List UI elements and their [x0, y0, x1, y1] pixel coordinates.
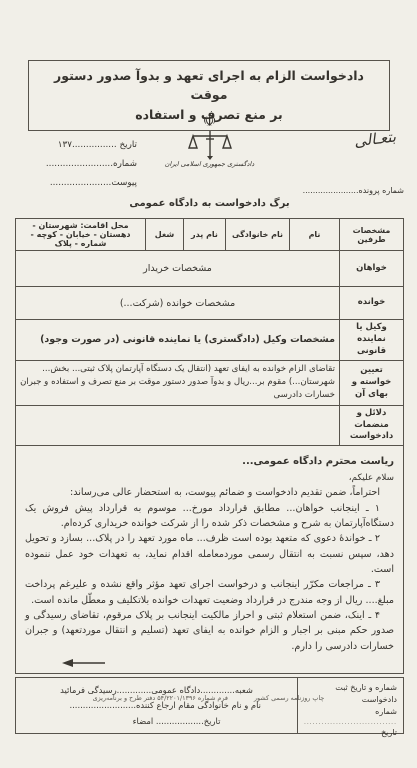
header-father-name: نام پدر: [184, 219, 226, 251]
footer-registration-box: شماره و تاریخ ثبت دادخواست شماره .......…: [297, 678, 403, 733]
left-arrow-icon: [61, 658, 107, 668]
registration-date-label: تاریخ: [304, 727, 397, 739]
footer-section: شماره و تاریخ ثبت دادخواست شماره .......…: [15, 677, 404, 734]
attorney-row: وکیل یا نماینده قانونی مشخصات وکیل (دادگ…: [16, 320, 404, 361]
petition-body: ریاست محترم دادگاه عمومی... سلام علیکم، …: [15, 446, 404, 674]
form-header: بتعـالی شماره پرونده....................…: [15, 118, 404, 216]
defendant-label: خوانده: [340, 287, 404, 320]
attorney-label: وکیل یا نماینده قانونی: [340, 320, 404, 361]
attachment-field: پیوست......................: [19, 178, 137, 188]
title-line-1: دادخواست الزام به اجرای تعهد و بدوآ صدور…: [35, 66, 383, 105]
evidence-label: دلائل و منضمات دادخواست: [340, 405, 404, 446]
header-last-name: نام خانوادگی: [226, 219, 290, 251]
plaintiff-value: مشخصات خریدار: [16, 251, 340, 287]
salutation: ریاست محترم دادگاه عمومی...: [25, 454, 394, 470]
header-occupation: شغل: [146, 219, 184, 251]
date-field: تاریخ ................۱۳۷: [19, 140, 137, 150]
print-line-right: چاپ روزنامه رسمی کشور: [254, 694, 324, 702]
table-header-row: مشخصات طرفین نام نام خانوادگی نام پدر شغ…: [16, 219, 404, 251]
claim-label: تعیین خواسته و بهای آن: [340, 360, 404, 405]
print-line-left: فرم شماره ۵۴/۲۲۰۱/۱۳۹۶ دفتر طرح و برنامه…: [93, 694, 228, 702]
intro-line: احتراماً، ضمن تقدیم دادخواست و ضمائم پیو…: [25, 485, 394, 500]
judiciary-emblem: ☫ دادگستری جمهوری اسلامی ایران: [150, 114, 270, 168]
plaintiff-label: خواهان: [340, 251, 404, 287]
defendant-value: مشخصات خوانده (شرکت...): [16, 287, 340, 320]
besmele-calligraphy: بتعـالی: [353, 128, 397, 151]
header-left-fields: تاریخ ................۱۳۷ شماره.........…: [19, 140, 137, 197]
header-parties: مشخصات طرفین: [340, 219, 404, 251]
evidence-value: [16, 405, 340, 446]
judiciary-caption: دادگستری جمهوری اسلامی ایران: [150, 160, 270, 168]
main-column: مشخصات طرفین نام نام خانوادگی نام پدر شغ…: [15, 218, 404, 734]
footer-referral-box: شعبه.............دادگاه عمومی...........…: [16, 678, 297, 733]
registration-number-label: شماره: [304, 706, 397, 718]
defendant-row: خوانده مشخصات خوانده (شرکت...): [16, 287, 404, 320]
attorney-value: مشخصات وکیل (دادگستری) یا نماینده قانونی…: [16, 320, 340, 361]
print-line: چاپ روزنامه رسمی کشور فرم شماره ۵۴/۲۲۰۱/…: [0, 694, 417, 702]
claim-row: تعیین خواسته و بهای آن تقاضای الزام خوان…: [16, 360, 404, 405]
form-title: برگ دادخواست به دادگاه عمومی: [129, 198, 289, 209]
arrow-row: [25, 654, 394, 673]
scales-of-justice-icon: [188, 130, 232, 160]
registration-dots: ................................: [304, 718, 397, 727]
paragraph-2: ۲ ـ خواندهٔ دعوی که متعهد بوده است ظرف..…: [25, 531, 394, 577]
number-field: شماره........................: [19, 159, 137, 169]
parties-table: مشخصات طرفین نام نام خانوادگی نام پدر شغ…: [15, 218, 404, 446]
petition-form-page: دادخواست الزام به اجرای تعهد و بدوآ صدور…: [0, 0, 417, 768]
greeting: سلام علیکم،: [25, 471, 394, 485]
referral-date-signature-line: تاریخ.................. امضاء: [24, 714, 289, 729]
evidence-row: دلائل و منضمات دادخواست: [16, 405, 404, 446]
case-number-field: شماره پرونده......................: [303, 186, 404, 195]
paragraph-3: ۳ ـ مراجعات مکرّر اینجانب و درخواست اجرا…: [25, 577, 394, 608]
iran-emblem-icon: ☫: [150, 114, 270, 129]
plaintiff-row: خواهان مشخصات خریدار: [16, 251, 404, 287]
header-first-name: نام: [290, 219, 340, 251]
header-residence: محل اقامت: شهرستان - دهستان - خیابان - ک…: [16, 219, 146, 251]
paragraph-4: ۴ ـ اینک، ضمن استعلام ثبتی و احراز مالکی…: [25, 608, 394, 654]
claim-value: تقاضای الزام خوانده به ایفای تعهد (انتقا…: [16, 360, 340, 405]
paragraph-1: ۱ ـ اینجانب خواهان... مطابق قرارداد مورخ…: [25, 501, 394, 532]
